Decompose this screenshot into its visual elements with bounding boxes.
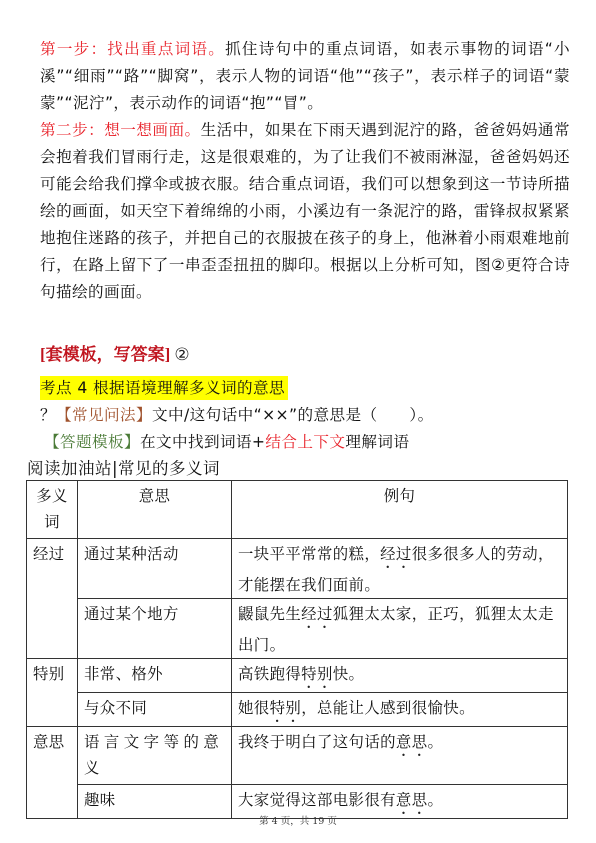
kaodian-highlight-title: 考点 4 根据语境理解多义词的意思 <box>40 376 288 400</box>
question-pattern-tag: 【常见问法】 <box>56 406 152 424</box>
example-cell: 鼹鼠先生经过狐狸太太家，正巧，狐狸太太走出门。 <box>232 599 568 659</box>
example-text: 一块平平常常的糕， <box>238 545 380 563</box>
key-word: 经过 <box>380 545 412 563</box>
table-header-row: 多义词 意思 例句 <box>27 481 568 539</box>
meaning-cell: 非常、格外 <box>78 659 232 693</box>
step1-title: 第一步：找出重点词语。 <box>40 40 225 58</box>
example-text: 。 <box>428 791 444 809</box>
word-cell: 特别 <box>27 659 78 727</box>
meaning-cell: 语言文字等的意义 <box>78 727 232 785</box>
table-row: 与众不同 她很特别，总能让人感到很愉快。 <box>27 693 568 727</box>
header-meaning: 意思 <box>78 481 232 539</box>
answer-template-line: 【答题模板】在文中找到词语+结合上下文理解词语 <box>44 430 409 454</box>
example-text: 她很 <box>238 699 270 717</box>
example-text: 鼹鼠先生 <box>238 605 301 623</box>
answer-template-text-before: 在文中找到词语+ <box>140 433 265 451</box>
template-heading-label: [套模板，写答案] <box>40 345 170 364</box>
question-pattern-text: 文中/这句话中“××”的意思是（ ）。 <box>152 406 434 424</box>
example-cell: 高铁跑得特别快。 <box>232 659 568 693</box>
table-row: 经过 通过某种活动 一块平平常常的糕，经过很多很多人的劳动，才能摆在我们面前。 <box>27 539 568 599</box>
answer-template-text-after: 理解词语 <box>345 433 409 451</box>
step2-body: 生活中，如果在下雨天遇到泥泞的路，爸爸妈妈通常会抱着我们冒雨行走，这是很艰难的，… <box>40 121 570 301</box>
question-pattern-line: ？【常见问法】文中/这句话中“××”的意思是（ ）。 <box>40 403 434 427</box>
key-word: 意思 <box>396 733 428 751</box>
answer-template-tag: 【答题模板】 <box>44 433 140 451</box>
key-word: 特别 <box>270 699 302 717</box>
polysemy-table: 多义词 意思 例句 经过 通过某种活动 一块平平常常的糕，经过很多很多人的劳动，… <box>26 480 568 819</box>
meaning-cell: 与众不同 <box>78 693 232 727</box>
key-word: 经过 <box>301 605 333 623</box>
section-title: 阅读加油站|常见的多义词 <box>27 458 220 480</box>
step2-title: 第二步：想一想画面。 <box>40 121 201 139</box>
template-heading: [套模板，写答案]② <box>40 342 190 368</box>
key-word: 特别 <box>301 665 333 683</box>
example-text: 快。 <box>333 665 365 683</box>
answer-template-highlight: 结合上下文 <box>265 433 345 451</box>
meaning-cell: 通过某种活动 <box>78 539 232 599</box>
example-cell: 一块平平常常的糕，经过很多很多人的劳动，才能摆在我们面前。 <box>232 539 568 599</box>
question-mark: ？ <box>40 406 56 424</box>
example-text: 我终于明白了这句话的 <box>238 733 396 751</box>
example-text: 高铁跑得 <box>238 665 301 683</box>
example-cell: 她很特别，总能让人感到很愉快。 <box>232 693 568 727</box>
header-example: 例句 <box>232 481 568 539</box>
example-text: 大家觉得这部电影很有 <box>238 791 396 809</box>
example-cell: 我终于明白了这句话的意思。 <box>232 727 568 785</box>
key-word: 意思 <box>396 791 428 809</box>
word-cell: 意思 <box>27 727 78 819</box>
page-footer: 第 4 页，共 19 页 <box>0 813 596 827</box>
step1-paragraph: 第一步：找出重点词语。抓住诗句中的重点词语，如表示事物的词语“小溪”“细雨”“路… <box>40 36 570 117</box>
step2-paragraph: 第二步：想一想画面。生活中，如果在下雨天遇到泥泞的路，爸爸妈妈通常会抱着我们冒雨… <box>40 117 570 306</box>
table-row: 通过某个地方 鼹鼠先生经过狐狸太太家，正巧，狐狸太太走出门。 <box>27 599 568 659</box>
word-cell: 经过 <box>27 539 78 659</box>
template-heading-answer: ② <box>174 345 189 365</box>
table-row: 意思 语言文字等的意义 我终于明白了这句话的意思。 <box>27 727 568 785</box>
header-word: 多义词 <box>27 481 78 539</box>
example-text: 。 <box>428 733 444 751</box>
meaning-cell: 通过某个地方 <box>78 599 232 659</box>
example-text: ，总能让人感到很愉快。 <box>301 699 475 717</box>
table-row: 特别 非常、格外 高铁跑得特别快。 <box>27 659 568 693</box>
